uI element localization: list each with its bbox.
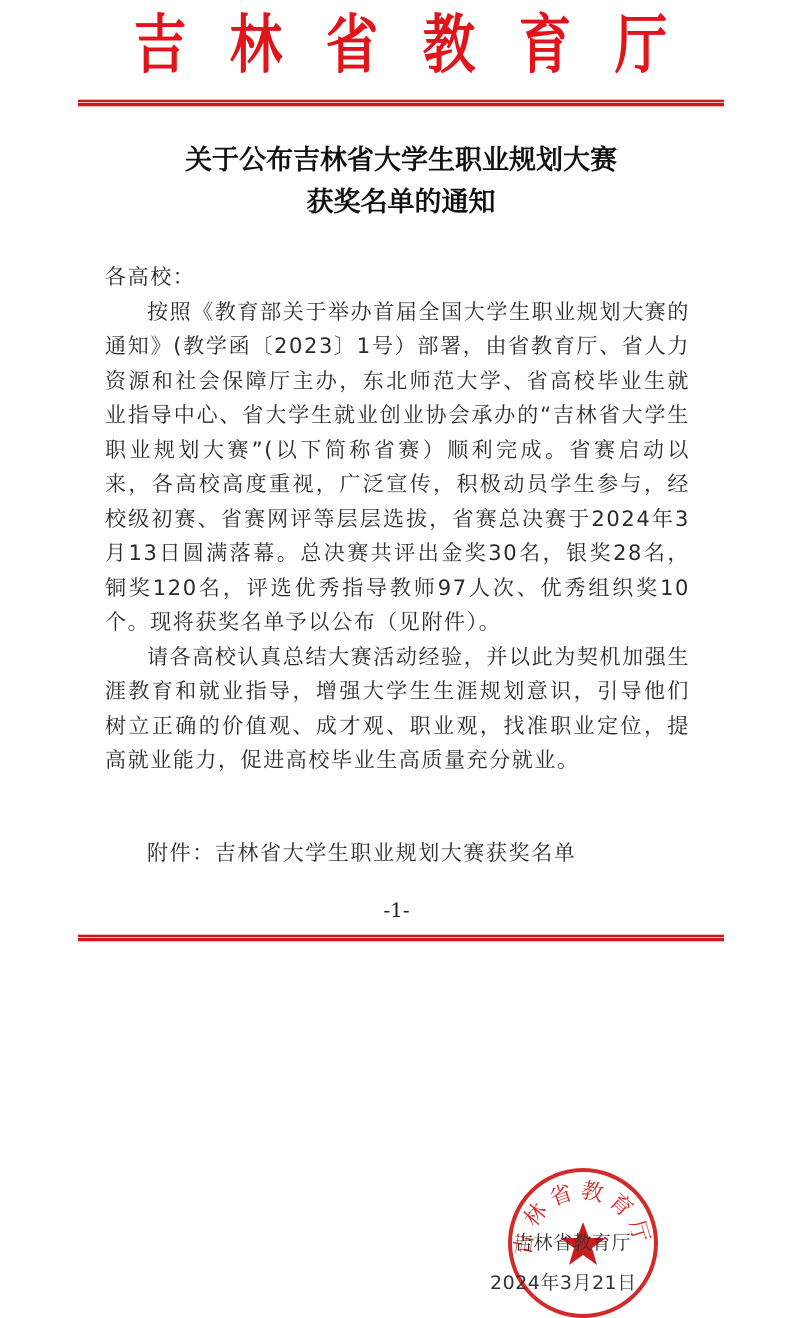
document-title: 关于公布吉林省大学生职业规划大赛 获奖名单的通知 bbox=[78, 140, 724, 224]
letterhead-char: 吉 bbox=[134, 14, 186, 78]
paragraph-request: 请各高校认真总结大赛活动经验，并以此为契机加强生涯教育和就业指导，增强大学生生涯… bbox=[105, 640, 690, 778]
title-line-1: 关于公布吉林省大学生职业规划大赛 bbox=[78, 140, 724, 182]
salutation: 各高校： bbox=[105, 260, 690, 295]
title-line-2: 获奖名单的通知 bbox=[78, 182, 724, 224]
signature-org: 吉林省教育厅 bbox=[514, 1228, 631, 1255]
letterhead-title: 吉 林 省 教 育 厅 bbox=[78, 6, 723, 86]
page-number: -1- bbox=[0, 898, 793, 922]
document-page: 吉 林 省 教 育 厅 关于公布吉林省大学生职业规划大赛 获奖名单的通知 各高校… bbox=[0, 0, 793, 1318]
letterhead-char: 厅 bbox=[615, 14, 667, 78]
paragraph-announcement: 按照《教育部关于举办首届全国大学生职业规划大赛的通知》(教学函〔2023〕1号）… bbox=[105, 295, 690, 640]
letterhead-char: 省 bbox=[326, 14, 378, 78]
footer-divider bbox=[78, 935, 724, 941]
letterhead-char: 林 bbox=[230, 14, 282, 78]
attachment-note: 附件：吉林省大学生职业规划大赛获奖名单 bbox=[147, 837, 576, 867]
letterhead-char: 育 bbox=[519, 14, 571, 78]
letterhead-divider bbox=[78, 100, 724, 106]
signature-date: 2024年3月21日 bbox=[490, 1268, 637, 1295]
letterhead-char: 教 bbox=[422, 14, 474, 78]
document-body: 各高校： 按照《教育部关于举办首届全国大学生职业规划大赛的通知》(教学函〔202… bbox=[105, 260, 690, 778]
